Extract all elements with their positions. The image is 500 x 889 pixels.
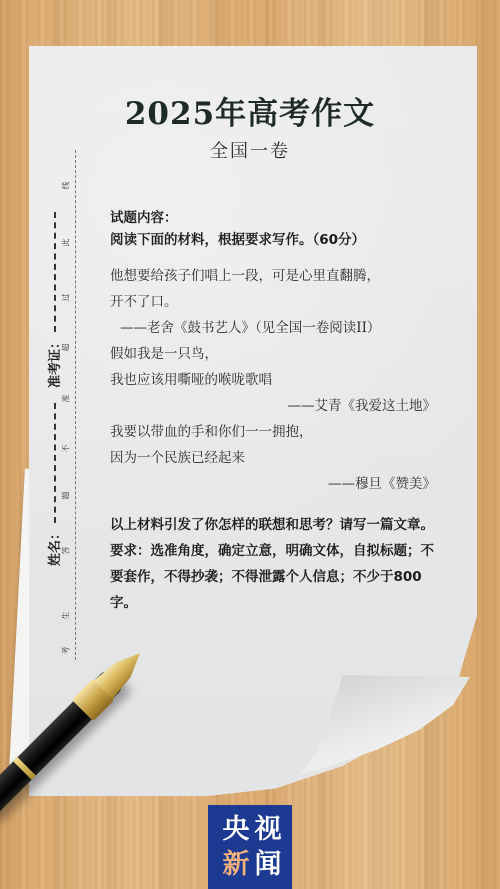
passage-line: 我要以带血的手和你们一一拥抱， <box>110 419 440 445</box>
page-title: 2025年高考作文 <box>0 88 500 133</box>
warning-char: 此 <box>61 239 72 247</box>
exam-content: 试题内容： 阅读下面的材料，根据要求写作。（60分） 他想要给孩子们唱上一段，可… <box>110 207 440 616</box>
warning-char: 生 <box>61 612 72 620</box>
name-blank <box>54 403 56 523</box>
warning-char: 线 <box>61 182 72 190</box>
warning-char: 考 <box>61 647 72 655</box>
passage-attribution: ——艾青《我爱这土地》 <box>110 393 440 419</box>
name-field: 姓名： <box>44 403 63 566</box>
passage-line: 开不了口。 <box>110 289 440 315</box>
warning-char: 题 <box>61 492 72 500</box>
seal-line <box>75 150 76 660</box>
writing-prompt: 以上材料引发了你怎样的联想和思考？请写一篇文章。 要求：选准角度，确定立意，明确… <box>110 512 440 616</box>
passage-line: 假如我是一只鸟， <box>110 341 440 367</box>
requirements-text: 要求：选准角度，确定立意，明确文体，自拟标题；不要套作，不得抄袭；不得泄露个人信… <box>110 538 440 616</box>
logo-char: 央 <box>220 813 252 848</box>
section-label: 试题内容： <box>110 207 440 229</box>
warning-char: 超 <box>61 344 72 352</box>
cctv-news-logo: 央 视 新 闻 <box>208 805 292 889</box>
instruction: 阅读下面的材料，根据要求写作。（60分） <box>110 229 440 251</box>
materials: 他想要给孩子们唱上一段，可是心里直翻腾， 开不了口。 ——老舍《鼓书艺人》（见全… <box>110 263 440 497</box>
warning-char: 不 <box>61 445 72 453</box>
logo-char: 视 <box>252 813 284 848</box>
warning-char: 过 <box>61 294 72 302</box>
passage-attribution: ——穆旦《赞美》 <box>110 471 440 497</box>
logo-char: 闻 <box>252 848 284 883</box>
passage-attribution: ——老舍《鼓书艺人》（见全国一卷阅读II） <box>110 315 440 341</box>
passage-line: 我也应该用嘶哑的喉咙歌唱 <box>110 367 440 393</box>
logo-char: 新 <box>220 848 252 883</box>
warning-char: 答 <box>61 547 72 555</box>
exam-id-blank <box>54 212 56 332</box>
warning-char: 准 <box>61 395 72 403</box>
passage-line: 他想要给孩子们唱上一段，可是心里直翻腾， <box>110 263 440 289</box>
passage-line: 因为一个民族已经起来 <box>110 445 440 471</box>
question-text: 以上材料引发了你怎样的联想和思考？请写一篇文章。 <box>110 512 440 538</box>
pen-ring <box>13 757 36 780</box>
